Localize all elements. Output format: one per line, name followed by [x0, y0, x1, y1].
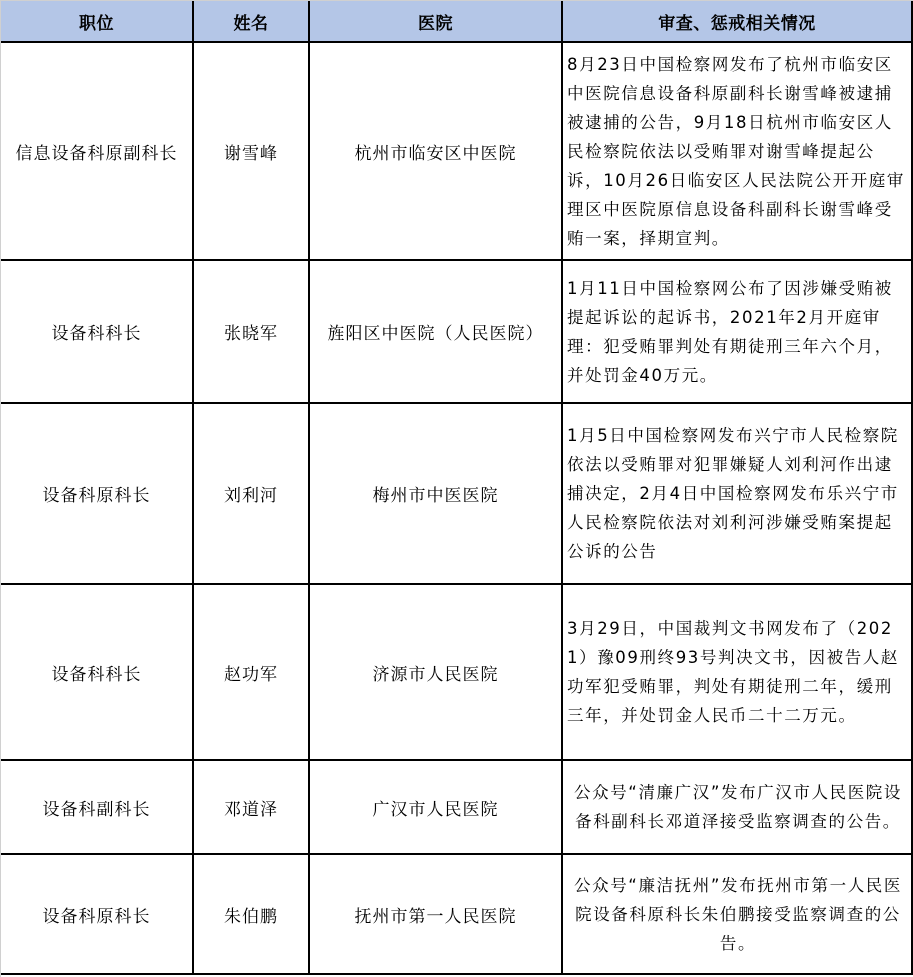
cell-detail: 1月11日中国检察网公布了因涉嫌受贿被提起诉讼的起诉书，2021年2月开庭审理：… [562, 260, 912, 403]
cell-name: 谢雪峰 [193, 42, 309, 260]
cell-position: 信息设备科原副科长 [1, 42, 193, 260]
cell-position: 设备科科长 [1, 260, 193, 403]
cell-name: 刘利河 [193, 403, 309, 584]
table-row: 信息设备科原副科长 谢雪峰 杭州市临安区中医院 8月23日中国检察网发布了杭州市… [1, 42, 912, 260]
table-row: 设备科原科长 刘利河 梅州市中医医院 1月5日中国检察网发布兴宁市人民检察院依法… [1, 403, 912, 584]
column-header-position: 职位 [1, 1, 193, 42]
disciplinary-cases-table: 职位 姓名 医院 审查、惩戒相关情况 信息设备科原副科长 谢雪峰 杭州市临安区中… [1, 1, 913, 975]
cell-detail: 3月29日，中国裁判文书网发布了（2021）豫09刑终93号判决文书，因被告人赵… [562, 584, 912, 760]
cell-hospital: 广汉市人民医院 [309, 760, 562, 854]
cell-hospital: 杭州市临安区中医院 [309, 42, 562, 260]
header-row: 职位 姓名 医院 审查、惩戒相关情况 [1, 1, 912, 42]
column-header-name: 姓名 [193, 1, 309, 42]
cell-position: 设备科原科长 [1, 854, 193, 974]
column-header-hospital: 医院 [309, 1, 562, 42]
cell-name: 赵功军 [193, 584, 309, 760]
cell-position: 设备科科长 [1, 584, 193, 760]
table-row: 设备科科长 张晓军 旌阳区中医院（人民医院） 1月11日中国检察网公布了因涉嫌受… [1, 260, 912, 403]
cell-position: 设备科原科长 [1, 403, 193, 584]
table-row: 设备科原科长 朱伯鹏 抚州市第一人民医院 公众号“廉洁抚州”发布抚州市第一人民医… [1, 854, 912, 974]
cell-position: 设备科副科长 [1, 760, 193, 854]
cell-detail: 1月5日中国检察网发布兴宁市人民检察院依法以受贿罪对犯罪嫌疑人刘利河作出逮捕决定… [562, 403, 912, 584]
cell-detail: 8月23日中国检察网发布了杭州市临安区中医院信息设备科原副科长谢雪峰被逮捕被逮捕… [562, 42, 912, 260]
table-row: 设备科科长 赵功军 济源市人民医院 3月29日，中国裁判文书网发布了（2021）… [1, 584, 912, 760]
cell-name: 邓道泽 [193, 760, 309, 854]
cell-hospital: 梅州市中医医院 [309, 403, 562, 584]
column-header-detail: 审查、惩戒相关情况 [562, 1, 912, 42]
cell-name: 张晓军 [193, 260, 309, 403]
table-row: 设备科副科长 邓道泽 广汉市人民医院 公众号“清廉广汉”发布广汉市人民医院设备科… [1, 760, 912, 854]
cell-detail: 公众号“清廉广汉”发布广汉市人民医院设备科副科长邓道泽接受监察调查的公告。 [562, 760, 912, 854]
cell-hospital: 旌阳区中医院（人民医院） [309, 260, 562, 403]
cell-hospital: 抚州市第一人民医院 [309, 854, 562, 974]
cell-hospital: 济源市人民医院 [309, 584, 562, 760]
cell-detail: 公众号“廉洁抚州”发布抚州市第一人民医院设备科原科长朱伯鹏接受监察调查的公告。 [562, 854, 912, 974]
cell-name: 朱伯鹏 [193, 854, 309, 974]
